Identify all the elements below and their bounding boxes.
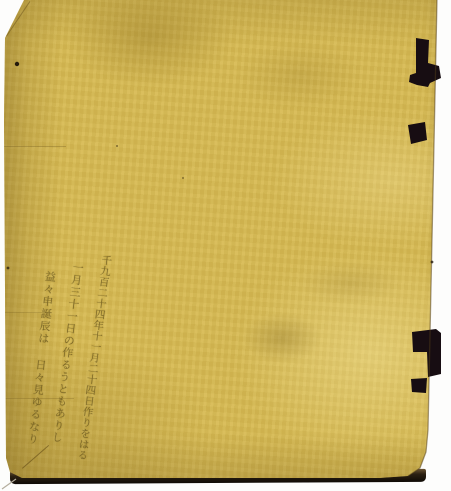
- binding-and-blemish-overlay: [0, 0, 451, 491]
- paper-speck: [116, 145, 118, 147]
- ink-dot: [15, 62, 19, 66]
- right-edge-speck: [431, 261, 434, 264]
- left-edge-speck: [7, 267, 10, 270]
- paper-speck: [182, 177, 184, 179]
- thread-stub-upper-icon: [408, 122, 427, 144]
- thread-stub-bottom-icon: [411, 378, 427, 393]
- bottom-check-mark: [2, 479, 16, 489]
- scanned-notebook-cover: 千九百二十四年十一月二十四日作りをはる 一月三十一日の作るうともありし 益々申誕…: [0, 0, 451, 491]
- thread-knot-lower-icon: [412, 329, 441, 377]
